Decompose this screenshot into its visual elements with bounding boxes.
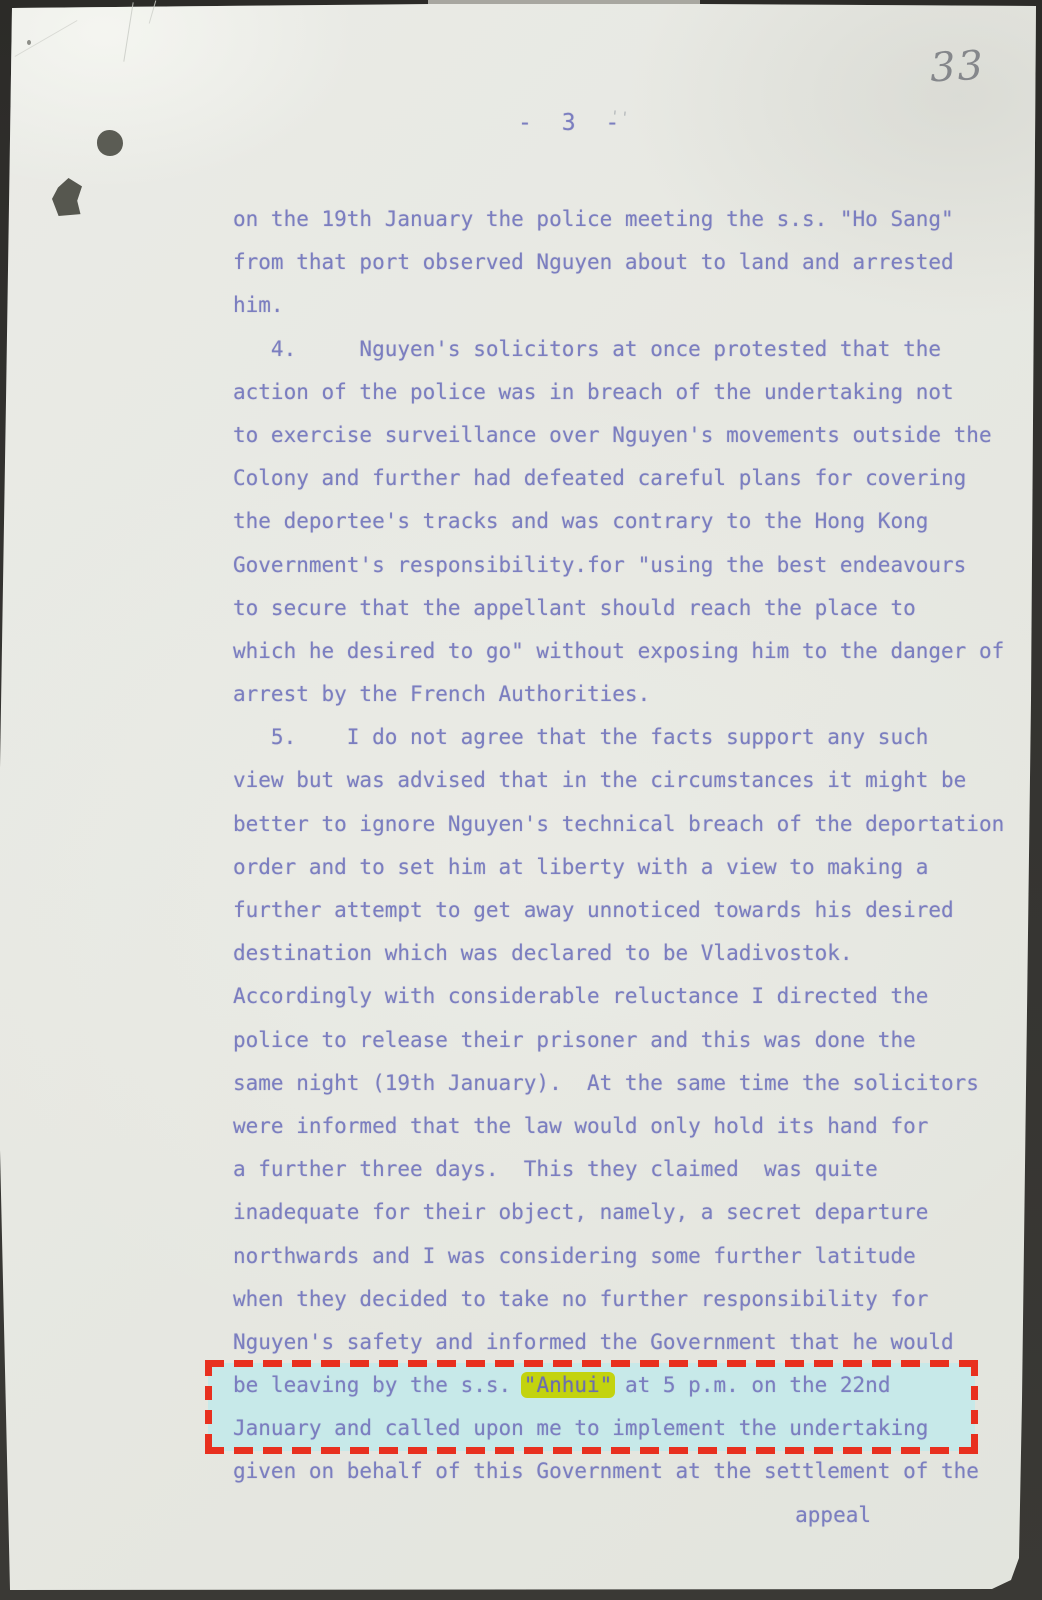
typewritten-text: on the 19th January the police meeting t… [233, 198, 1023, 1537]
paper-speck [27, 40, 31, 45]
typewritten-line: inadequate for their object, namely, a s… [233, 1191, 1023, 1234]
typewritten-line: Nguyen's safety and informed the Governm… [233, 1321, 1023, 1364]
typewritten-line: view but was advised that in the circums… [233, 759, 1023, 802]
typewritten-line: further attempt to get away unnoticed to… [233, 889, 1023, 932]
folio-number: 33 [929, 43, 986, 92]
typewritten-line: action of the police was in breach of th… [233, 371, 1023, 414]
typewritten-line: him. [233, 284, 1023, 327]
typewritten-line: a further three days. This they claimed … [233, 1148, 1023, 1191]
catchword: appeal [233, 1494, 1023, 1537]
ink-smudge: '' [609, 107, 631, 127]
highlighted-line-1-prefix: be leaving by the s.s. [233, 1373, 524, 1397]
typewritten-line: arrest by the French Authorities. [233, 673, 1023, 716]
typewritten-line: Colony and further had defeated careful … [233, 457, 1023, 500]
typewritten-line: were informed that the law would only ho… [233, 1105, 1023, 1148]
highlighted-line-2: January and called upon me to implement … [233, 1407, 1023, 1450]
typewritten-line: 5. I do not agree that the facts support… [233, 716, 1023, 759]
typewritten-line: Accordingly with considerable reluctance… [233, 975, 1023, 1018]
highlighted-line-1: be leaving by the s.s. "Anhui" at 5 p.m.… [233, 1364, 1023, 1407]
punch-hole [97, 130, 123, 156]
typewritten-line: northwards and I was considering some fu… [233, 1235, 1023, 1278]
typewritten-line: from that port observed Nguyen about to … [233, 241, 1023, 284]
typewritten-line: which he desired to go" without exposing… [233, 630, 1023, 673]
typewritten-line: to secure that the appellant should reac… [233, 587, 1023, 630]
typewritten-line: destination which was declared to be Vla… [233, 932, 1023, 975]
annotation-dashed-border-left [205, 1362, 212, 1452]
closing-line: given on behalf of this Government at th… [233, 1450, 1023, 1493]
ship-name-highlight: "Anhui" [521, 1372, 616, 1398]
typewritten-line: order and to set him at liberty with a v… [233, 846, 1023, 889]
typewritten-line: Government's responsibility.for "using t… [233, 544, 1023, 587]
typewritten-line: on the 19th January the police meeting t… [233, 198, 1023, 241]
typewritten-line: better to ignore Nguyen's technical brea… [233, 803, 1023, 846]
typewritten-line: when they decided to take no further res… [233, 1278, 1023, 1321]
typewritten-line: to exercise surveillance over Nguyen's m… [233, 414, 1023, 457]
typewritten-line: same night (19th January). At the same t… [233, 1062, 1023, 1105]
typewritten-line: 4. Nguyen's solicitors at once protested… [233, 328, 1023, 371]
typewritten-line: police to release their prisoner and thi… [233, 1019, 1023, 1062]
paragraph-lines: on the 19th January the police meeting t… [233, 198, 1023, 1364]
typewritten-line: the deportee's tracks and was contrary t… [233, 500, 1023, 543]
highlighted-line-1-suffix: at 5 p.m. on the 22nd [612, 1373, 890, 1397]
